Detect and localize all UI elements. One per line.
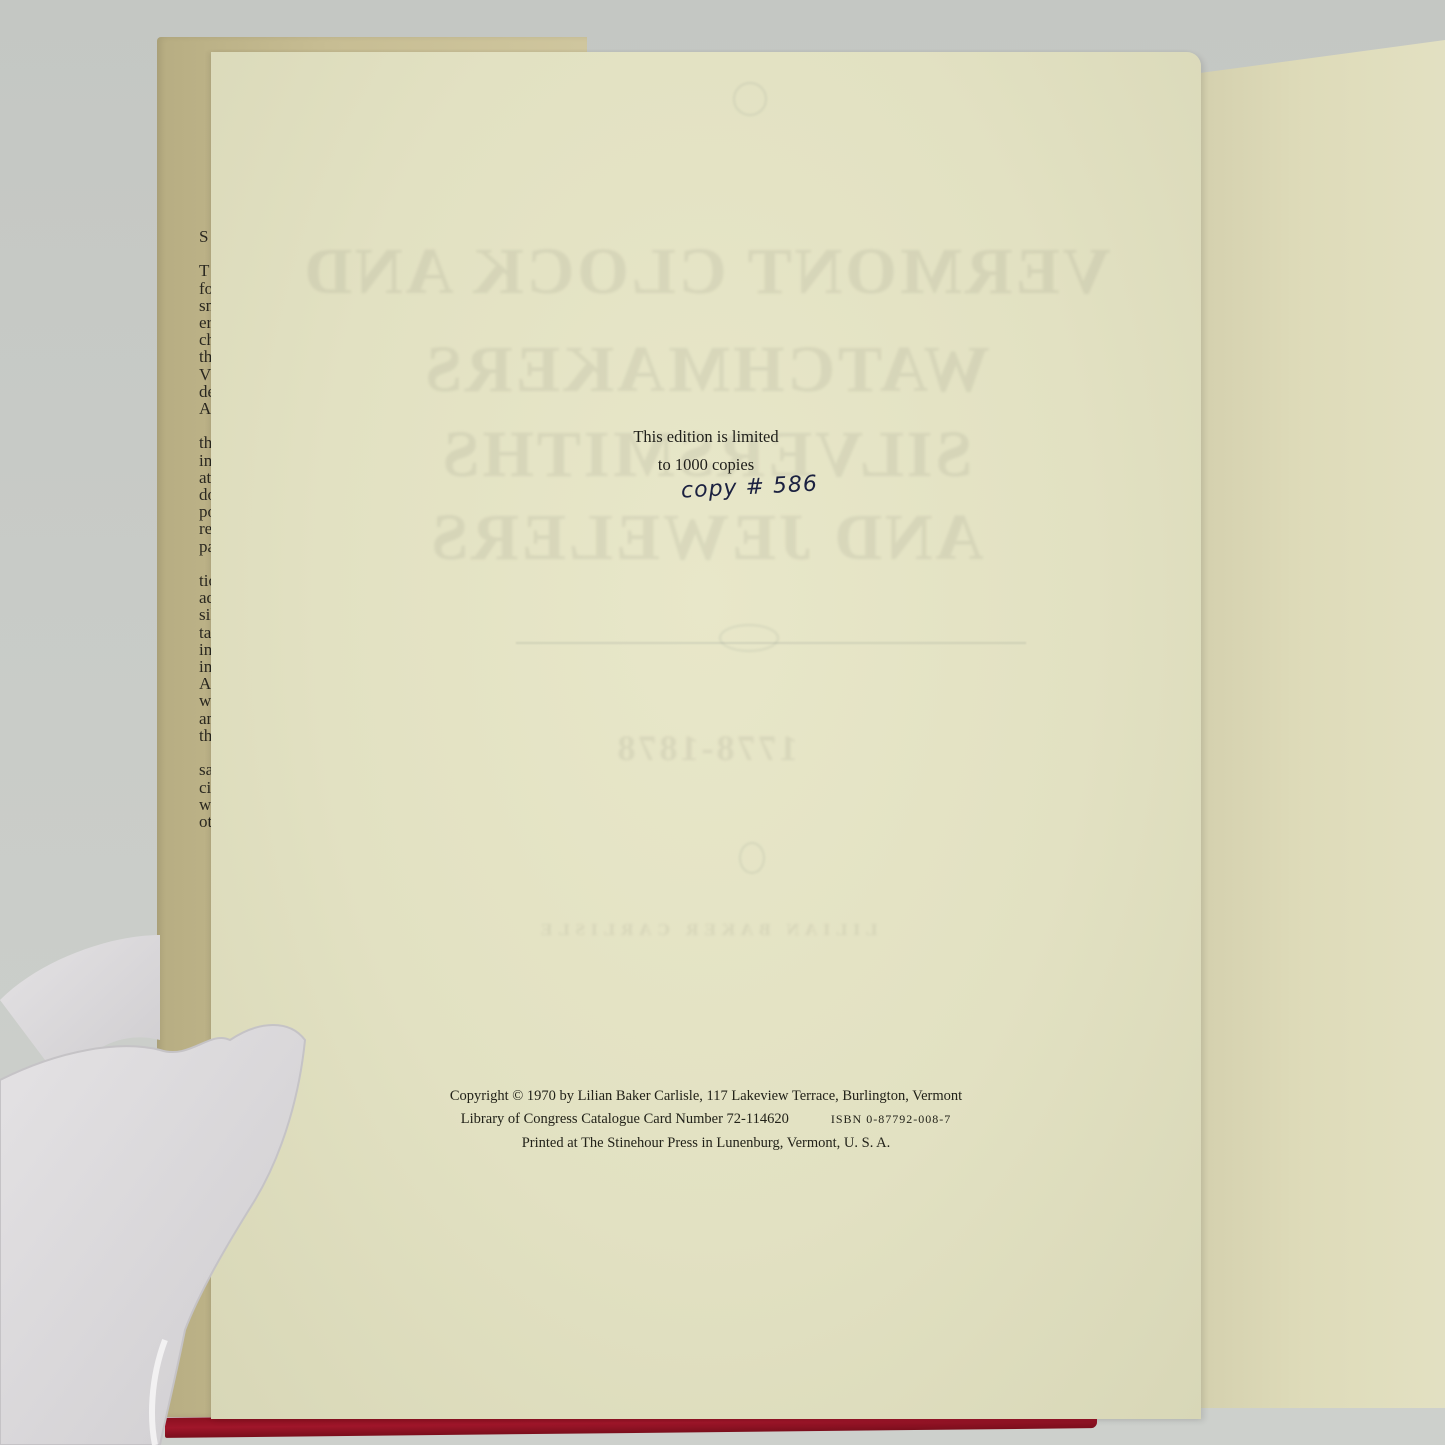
lccn-isbn-line: Library of Congress Catalogue Card Numbe… <box>211 1108 1201 1130</box>
show-through-title-line: AND JEWELERS <box>211 500 1201 576</box>
show-through-leaf-ornament-icon <box>739 842 765 874</box>
isbn-text: ISBN 0-87792-008-7 <box>831 1112 951 1126</box>
limitation-statement-line-2: to 1000 copies <box>211 455 1201 475</box>
lccn-text: Library of Congress Catalogue Card Numbe… <box>461 1111 789 1127</box>
right-facing-page <box>1200 38 1445 1408</box>
show-through-title-line: VERMONT CLOCK AND <box>211 234 1201 310</box>
copyright-line: Copyright © 1970 by Lilian Baker Carlisl… <box>211 1085 1201 1107</box>
show-through-years: 1778-1878 <box>211 727 1201 769</box>
printer-line: Printed at The Stinehour Press in Lunenb… <box>211 1132 1201 1154</box>
show-through-title-line: WATCHMAKERS <box>211 332 1201 408</box>
book-photo: S T fo sn er ch th V de A th in at do po… <box>0 0 1445 1445</box>
limitation-statement-line-1: This edition is limited <box>211 427 1201 447</box>
show-through-author: LILIAN BAKER CARLISLE <box>211 920 1201 940</box>
show-through-ornament-icon <box>733 82 767 116</box>
show-through-rule-ornament-icon <box>719 624 779 652</box>
limitation-page: VERMONT CLOCK AND WATCHMAKERS SILVERSMIT… <box>211 52 1201 1419</box>
